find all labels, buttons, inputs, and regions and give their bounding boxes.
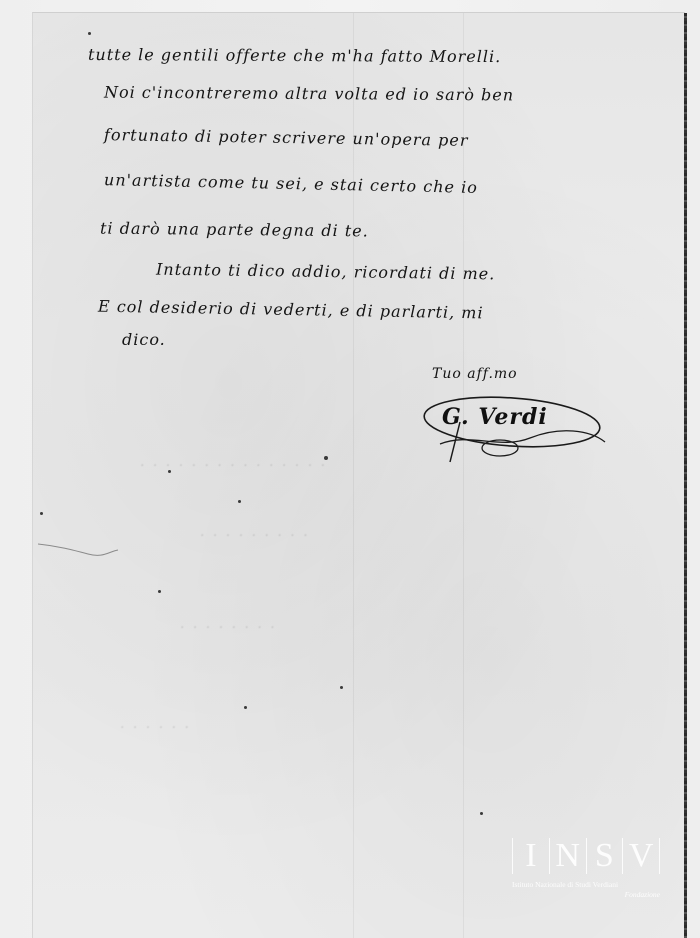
ink-speck xyxy=(88,32,91,35)
ink-speck xyxy=(340,686,343,689)
insv-watermark: I N S V Istituto Nazionale di Studi Verd… xyxy=(512,838,660,900)
watermark-logo: I N S V xyxy=(512,838,660,874)
closing-salutation: Tuo aff.mo xyxy=(432,366,518,382)
ink-speck xyxy=(480,812,483,815)
ink-speck xyxy=(238,500,241,503)
watermark-letter: S xyxy=(587,838,624,874)
watermark-institution: Istituto Nazionale di Studi Verdiani xyxy=(512,880,660,890)
watermark-letter: N xyxy=(550,838,587,874)
signature: G. Verdi xyxy=(420,392,610,464)
paper-fold xyxy=(463,13,464,938)
ink-speck xyxy=(244,706,247,709)
ink-speck xyxy=(168,470,171,473)
ink-speck xyxy=(40,512,43,515)
letter-line-2: Noi c'incontreremo altra volta ed io sar… xyxy=(104,83,514,105)
ink-speck xyxy=(158,590,161,593)
paper-crease-icon xyxy=(38,540,128,560)
bleed-through-text: · · · · · · · · xyxy=(180,620,277,636)
paper-fold xyxy=(353,13,354,938)
letter-sheet xyxy=(32,12,685,938)
letter-line-1: tutte le gentili offerte che m'ha fatto … xyxy=(88,45,501,66)
watermark-subtitle: Fondazione xyxy=(512,890,660,900)
ink-speck xyxy=(324,456,328,460)
letter-line-8: dico. xyxy=(122,330,166,349)
letter-line-5: ti darò una parte degna di te. xyxy=(100,219,369,241)
signature-name: G. Verdi xyxy=(442,404,548,430)
watermark-letter: I xyxy=(513,838,550,874)
bleed-through-text: · · · · · · xyxy=(120,720,191,736)
bleed-through-text: · · · · · · · · · xyxy=(200,528,310,544)
watermark-letter: V xyxy=(623,838,660,874)
